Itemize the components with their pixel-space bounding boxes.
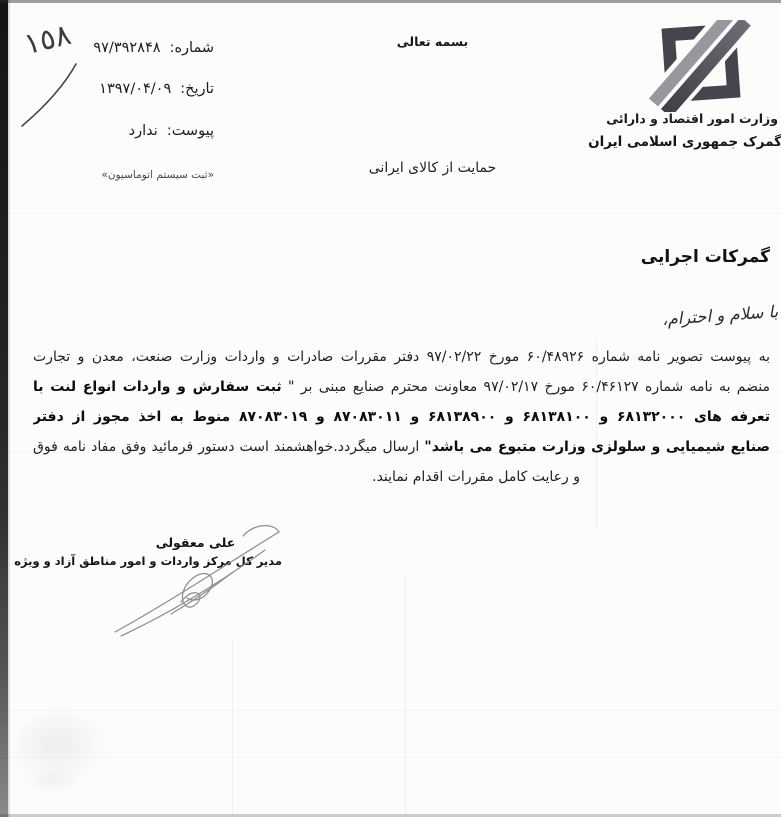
scan-top-edge xyxy=(0,0,781,3)
ministry-name: وزارت امور اقتصاد و دارائی xyxy=(613,111,778,126)
letter-attachment-value: ندارد xyxy=(129,123,158,139)
body-line-4-bold: صنایع شیمیایی و سلولزی وزارت متبوع می با… xyxy=(424,439,770,455)
body-line-2-bold: ثبت سفارش و واردات انواع لنت با xyxy=(33,379,282,395)
body-line-1-text: به پیوست تصویر نامه شماره ۶۰/۴۸۹۲۶ مورخ … xyxy=(33,349,770,365)
customs-logo-graphic xyxy=(648,20,754,112)
body-line-2-regular: منضم به نامه شماره ۶۰/۴۶۱۲۷ مورخ ۹۷/۰۲/۱… xyxy=(282,379,770,395)
body-line-3-tariffs: تعرفه های ۶۸۱۳۲۰۰۰ و ۶۸۱۳۸۱۰۰ و ۶۸۱۳۸۹۰۰… xyxy=(33,402,770,432)
fold-crease-vertical-2 xyxy=(405,575,406,817)
scan-edge-shadow xyxy=(8,0,10,817)
year-slogan: حمایت از کالای ایرانی xyxy=(350,160,515,176)
letter-date-value: ۱۳۹۷/۰۴/۰۹ xyxy=(99,81,171,97)
customs-logo xyxy=(648,20,754,112)
handwritten-number-text: ١٥٨ xyxy=(21,17,75,61)
body-line-5: و رعایت کامل مقررات اقدام نمایند. xyxy=(33,462,580,492)
letter-attachment-row: پیوست: ندارد xyxy=(129,123,214,139)
body-line-2: منضم به نامه شماره ۶۰/۴۶۱۲۷ مورخ ۹۷/۰۲/۱… xyxy=(33,372,770,402)
scan-streak-1 xyxy=(0,213,781,214)
body-line-1: به پیوست تصویر نامه شماره ۶۰/۴۸۹۲۶ مورخ … xyxy=(33,342,770,372)
scan-streak-4 xyxy=(0,757,781,758)
letter-number-label: شماره: xyxy=(170,40,214,56)
letter-body: به پیوست تصویر نامه شماره ۶۰/۴۸۹۲۶ مورخ … xyxy=(33,342,770,492)
letter-number-row: شماره: ۹۷/۳۹۲۸۴۸ xyxy=(93,40,214,56)
customs-administration-name: گمرک جمهوری اسلامی ایران xyxy=(600,134,781,150)
letter-attachment-label: پیوست: xyxy=(167,123,214,139)
letter-number-value: ۹۷/۳۹۲۸۴۸ xyxy=(93,40,160,56)
salutation-handwriting: با سلام و احترام، xyxy=(661,302,778,329)
letter-date-row: تاریخ: ۱۳۹۷/۰۴/۰۹ xyxy=(99,81,214,97)
body-line-5-text: و رعایت کامل مقررات اقدام نمایند. xyxy=(372,469,580,485)
body-line-4-regular: ارسال میگردد.خواهشمند است دستور فرمائید … xyxy=(33,439,424,455)
handwritten-swoosh-mark xyxy=(18,62,82,130)
scan-edge-bar xyxy=(0,0,8,817)
faded-stamp-smudge-2 xyxy=(22,768,82,794)
handwritten-circular-number: ١٥٨ xyxy=(12,16,112,126)
body-line-3-text: تعرفه های ۶۸۱۳۲۰۰۰ و ۶۸۱۳۸۱۰۰ و ۶۸۱۳۸۹۰۰… xyxy=(33,409,770,425)
scanned-official-letter: ١٥٨ شماره: ۹۷/۳۹۲۸۴۸ تاریخ: ۱۳۹۷/۰۴/۰۹ پ… xyxy=(0,0,781,817)
fold-crease-vertical-3 xyxy=(232,640,233,817)
body-line-4: صنایع شیمیایی و سلولزی وزارت متبوع می با… xyxy=(33,432,770,462)
letter-date-label: تاریخ: xyxy=(180,81,214,97)
scan-streak-3 xyxy=(0,710,781,711)
recipient-heading: گمرکات اجرایی xyxy=(641,247,770,267)
signature-scribble xyxy=(103,512,308,644)
automation-note: «ثبت سیستم اتوماسیون» xyxy=(101,169,214,181)
besmele-text: بسمه تعالی xyxy=(370,34,495,49)
